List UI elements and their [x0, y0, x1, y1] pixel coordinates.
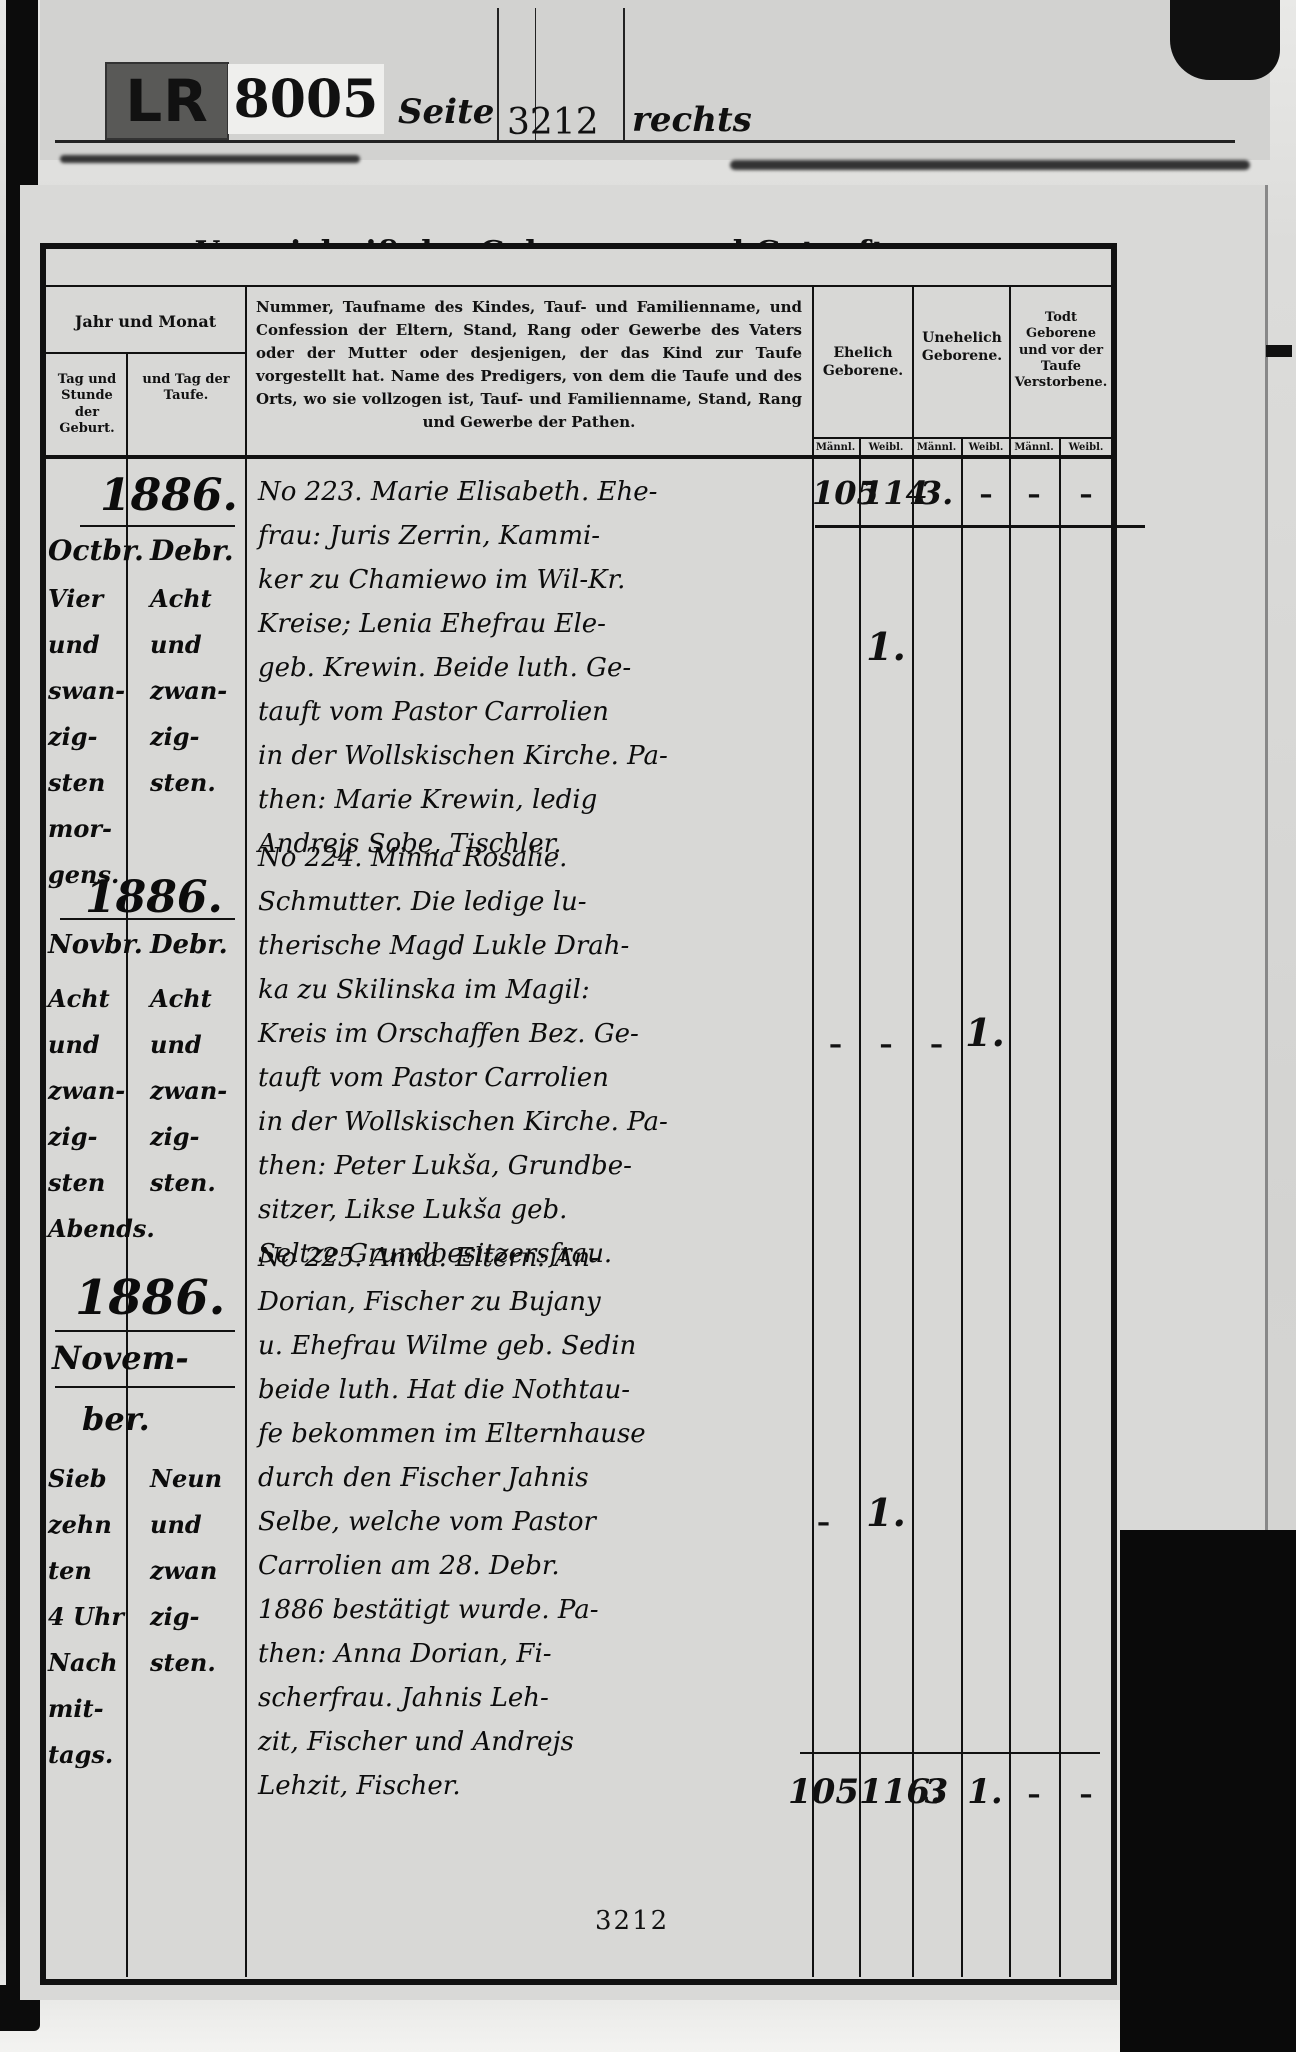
- carry-unehelich-w: –: [963, 480, 1009, 510]
- entry-text: No 223. Marie Elisabeth. Ehe- frau: Juri…: [258, 470, 818, 866]
- col-divider: [126, 352, 128, 1977]
- count-ehelich-w: 1.: [861, 1490, 911, 1535]
- count-ehelich-m: –: [812, 1030, 859, 1060]
- stamp-rule: [55, 140, 1235, 143]
- side-label: rechts: [632, 100, 752, 140]
- underline: [55, 1330, 235, 1332]
- col-divider: [1009, 287, 1011, 1977]
- count-unehelich-m: –: [912, 1030, 961, 1060]
- carry-todt-w: –: [1061, 480, 1111, 510]
- underline: [80, 525, 235, 527]
- birth-month: Novem-: [52, 1335, 189, 1381]
- film-artifact-bottom-right: [1120, 1530, 1296, 2052]
- header-tag-taufe: und Tag der Taufe.: [130, 372, 242, 405]
- header-maennl: Männl.: [1009, 442, 1059, 455]
- smudge: [60, 155, 360, 163]
- header-weibl: Weibl.: [963, 442, 1009, 455]
- archive-number: 8005: [228, 64, 384, 134]
- total-ehelich-m: 105: [788, 1772, 858, 1812]
- header-top-rule: [46, 285, 1111, 287]
- baptism-detail: Neun und zwan zig- sten.: [150, 1456, 240, 1686]
- film-artifact: [1170, 0, 1280, 80]
- header-todt: Todt Geborene und vor der Taufe Verstorb…: [1012, 310, 1110, 391]
- baptism-detail: Acht und zwan- zig- sten.: [150, 576, 240, 806]
- header-bottom-rule: [46, 455, 1111, 459]
- entry-year: 1886.: [75, 1270, 225, 1326]
- total-ehelich-w: 116.: [859, 1772, 911, 1812]
- entry-year: 1886.: [85, 872, 223, 923]
- footer-page-number: 3212: [595, 1906, 669, 1936]
- header-main-description: Nummer, Taufname des Kindes, Tauf- und F…: [256, 296, 802, 434]
- header-maennl: Männl.: [912, 442, 961, 455]
- total-unehelich-w: 1.: [961, 1772, 1009, 1812]
- entry-year: 1886.: [100, 470, 238, 521]
- birth-month: Octbr.: [48, 528, 144, 574]
- carry-todt-m: –: [1009, 480, 1059, 510]
- count-ehelich-m: –: [800, 1508, 847, 1538]
- total-todt-w: –: [1061, 1780, 1111, 1810]
- underline: [60, 918, 235, 920]
- header-tag-geburt: Tag und Stunde der Geburt.: [50, 372, 124, 437]
- birth-detail: Acht und zwan- zig- sten Abends.: [48, 976, 124, 1252]
- col-divider: [961, 437, 963, 1977]
- baptism-detail: Acht und zwan- zig- sten.: [150, 976, 240, 1206]
- seite-number: 3212: [507, 102, 599, 143]
- birth-month-continued: ber.: [82, 1396, 150, 1442]
- header-weibl: Weibl.: [1061, 442, 1111, 455]
- film-marker: [1266, 345, 1292, 357]
- header-unehelich: Unehelich Geborene.: [918, 330, 1006, 365]
- baptism-month: Debr.: [150, 528, 234, 574]
- birth-detail: Vier und swan- zig- sten mor- gens.: [48, 576, 124, 898]
- header-sub-rule: [46, 352, 246, 354]
- carry-unehelich-m: 3.: [912, 474, 961, 512]
- header-jahr-monat: Jahr und Monat: [46, 312, 245, 332]
- entry-text: No 225. Anna. Eltern: An- Dorian, Fische…: [258, 1236, 818, 1808]
- header-maennl: Männl.: [812, 442, 859, 455]
- entry-text: No 224. Minna Rosalie. Schmutter. Die le…: [258, 836, 818, 1276]
- carry-rule: [815, 525, 1145, 528]
- col-divider: [912, 287, 914, 1977]
- underline: [55, 1386, 235, 1388]
- birth-month: Novbr.: [48, 922, 143, 968]
- divider: [623, 8, 625, 143]
- carry-ehelich-w: 114: [861, 474, 911, 512]
- baptism-month: Debr.: [150, 922, 228, 968]
- birth-detail: Sieb zehn ten 4 Uhr Nach mit- tags.: [48, 1456, 124, 1778]
- seite-label: Seite: [398, 92, 494, 132]
- col-divider: [245, 287, 247, 1977]
- count-ehelich-w: –: [861, 1030, 911, 1060]
- header-weibl: Weibl.: [861, 442, 911, 455]
- count-ehelich-w: 1.: [861, 624, 911, 669]
- divider: [497, 8, 499, 143]
- col-divider: [1059, 437, 1061, 1977]
- archive-prefix: LR: [105, 62, 229, 140]
- total-unehelich-m: 3: [912, 1772, 961, 1812]
- carry-ehelich-m: 105: [812, 474, 859, 512]
- header-ehelich: Ehelich Geborene.: [818, 345, 908, 380]
- count-unehelich-w: 1.: [961, 1010, 1009, 1055]
- totals-rule: [800, 1752, 1100, 1754]
- total-todt-m: –: [1009, 1780, 1059, 1810]
- smudge: [730, 160, 1250, 170]
